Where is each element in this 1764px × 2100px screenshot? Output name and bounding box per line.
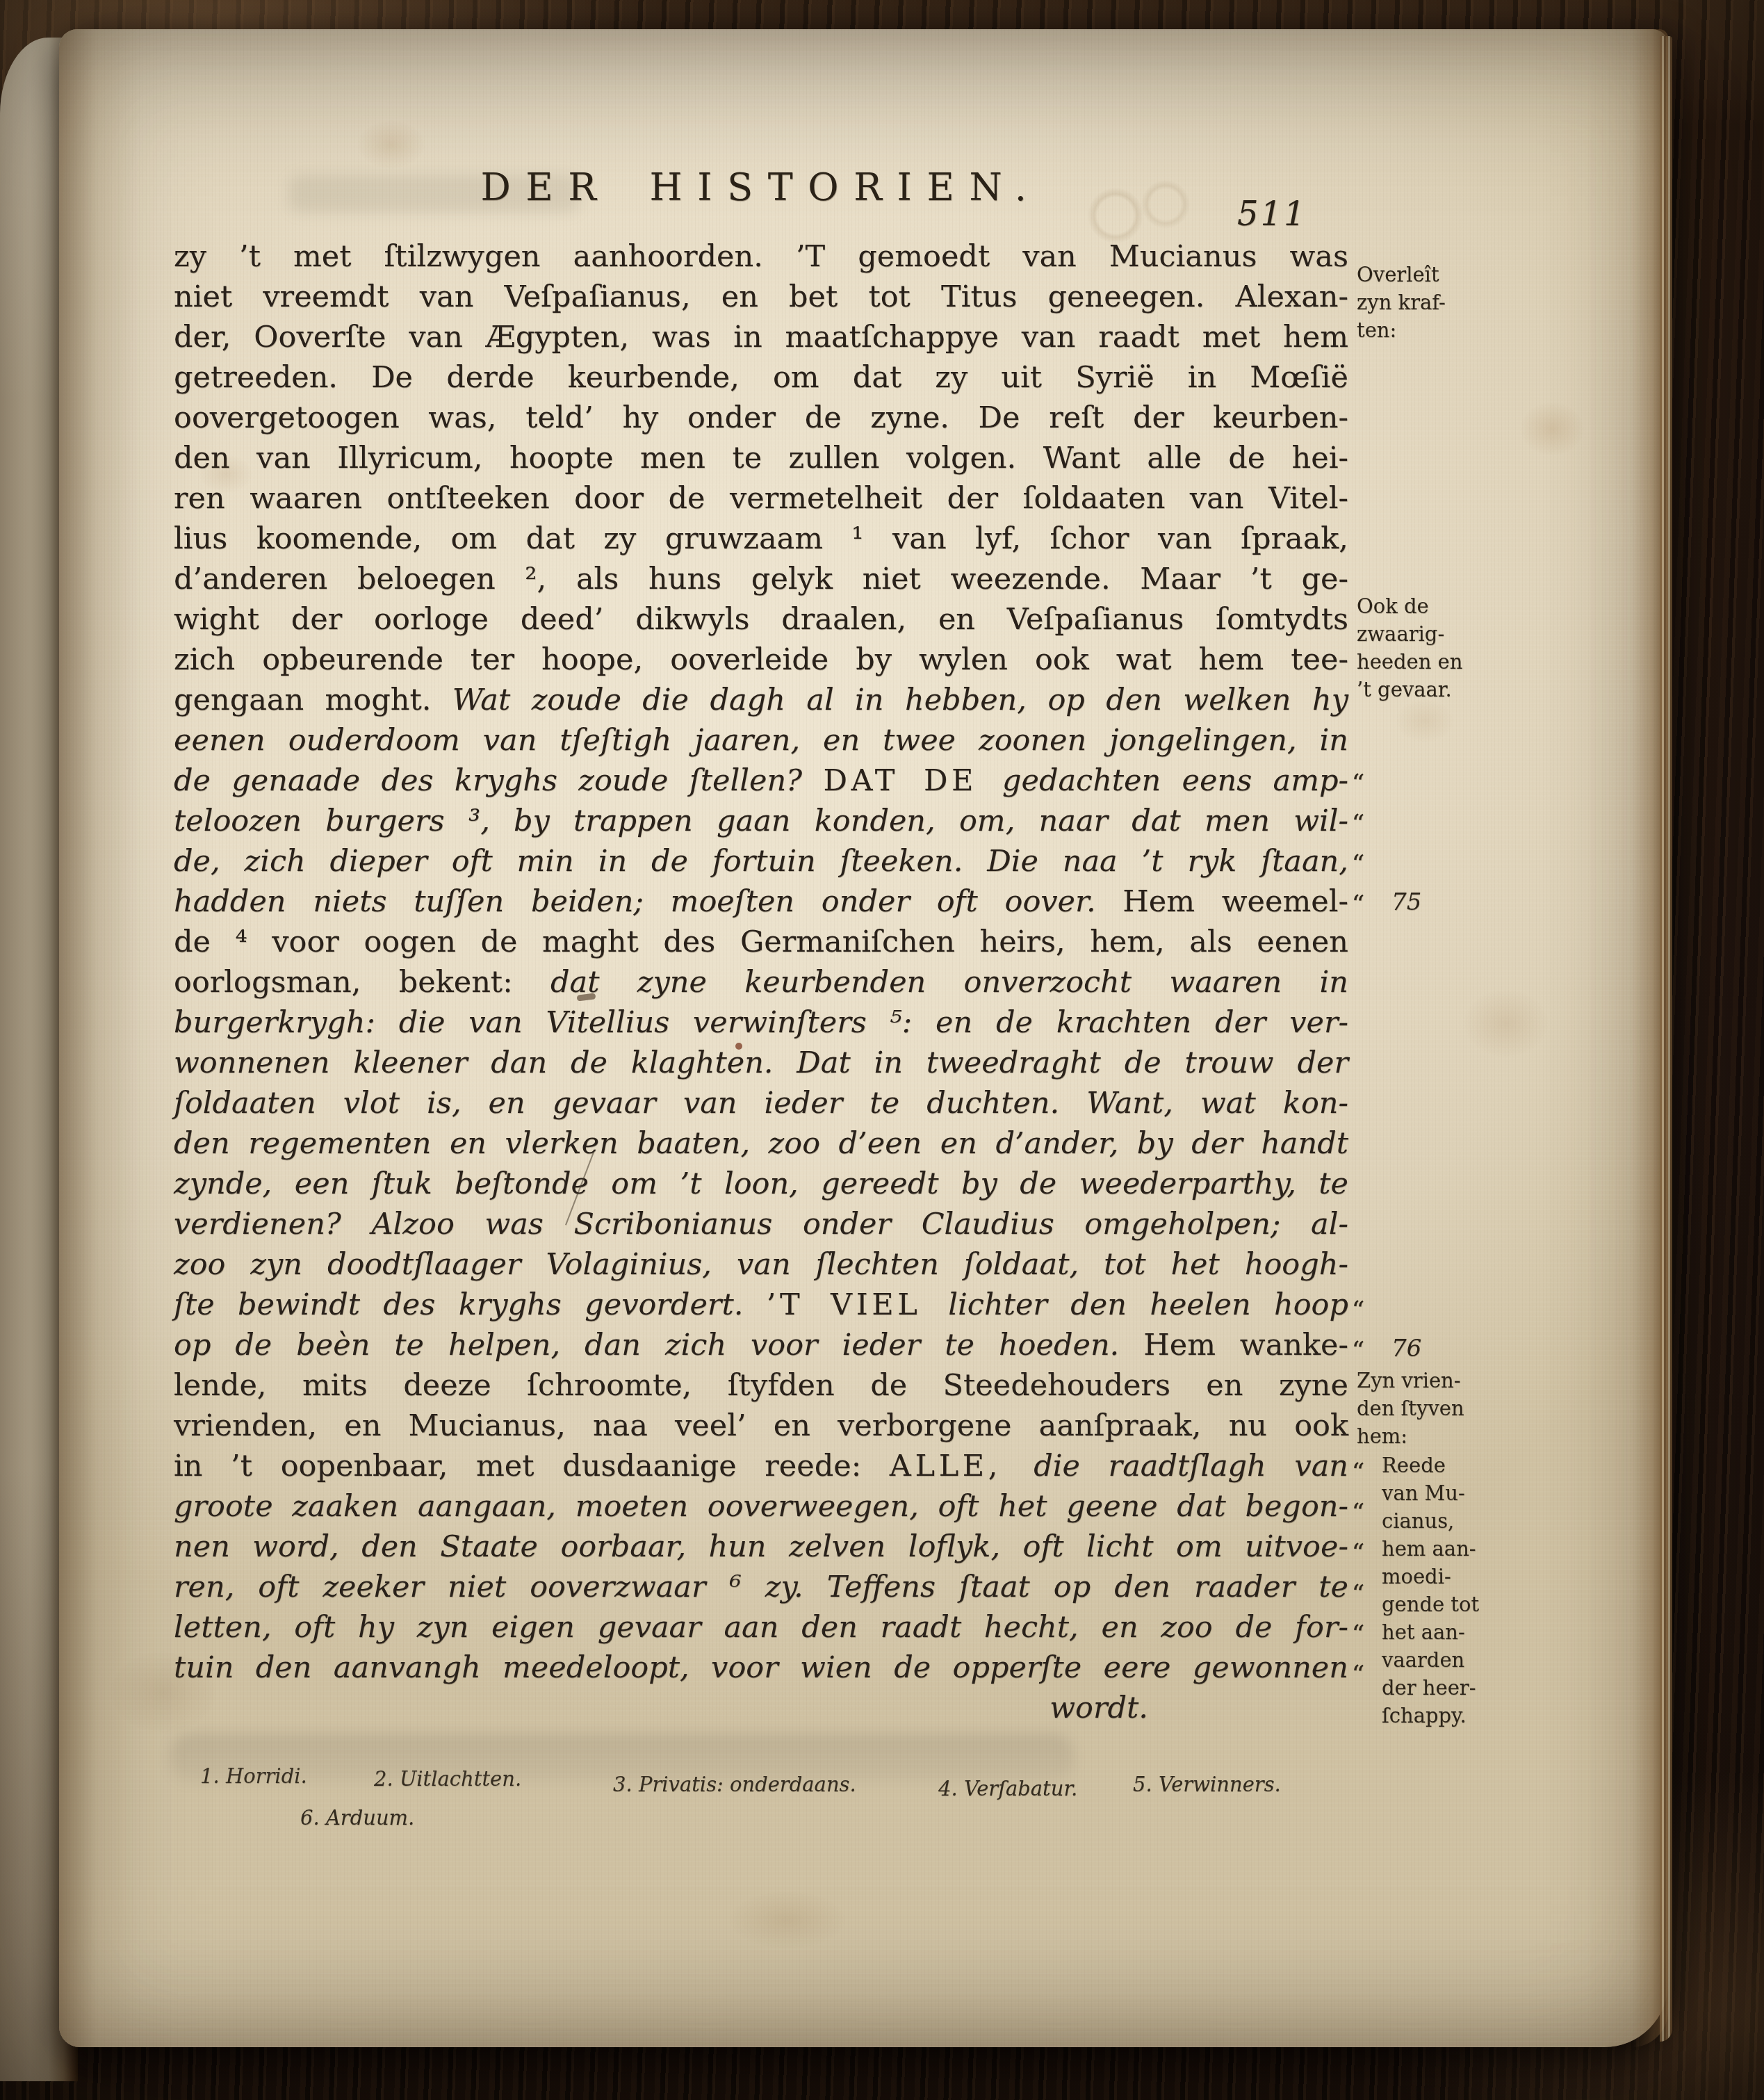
text-line: oovergetoogen was, teld’ hy onder de zyn…	[174, 398, 1348, 438]
italic-text: letten, oft hy zyn eigen gevaar aan den …	[174, 1610, 1348, 1645]
text-line: vrienden, en Mucianus, naa veel’ en verb…	[174, 1406, 1348, 1446]
page-gutter-shadow	[59, 29, 142, 2047]
text-line: zynde, een ſtuk beſtonde om ’t loon, ger…	[174, 1164, 1348, 1204]
italic-text: Wat zoude die dagh al in hebben, op den …	[452, 683, 1348, 717]
quote-continuation-mark: “	[1350, 811, 1365, 837]
roman-text: niet vreemdt van Veſpaſianus, en bet tot…	[174, 279, 1348, 314]
text-line: der, Ooverſte van Ægypten, was in maatſc…	[174, 317, 1348, 357]
roman-text: gengaan moght.	[174, 683, 452, 717]
quote-continuation-mark: “	[1350, 1298, 1365, 1324]
text-line: wordt.	[174, 1688, 1348, 1728]
text-line: den regementen en vlerken baaten, zoo d’…	[174, 1123, 1348, 1164]
margin-note-zwaarigheden: Ook de zwaarig- heeden en ’t gevaar.	[1357, 592, 1510, 703]
italic-text: nen word, den Staate oorbaar, hun zelven…	[174, 1529, 1348, 1564]
roman-text: Hem weemel-	[1122, 884, 1348, 919]
text-line: burgerkrygh: die van Vitellius verwinſte…	[174, 1002, 1348, 1043]
italic-text: eenen ouderdoom van tſeſtigh jaaren, en …	[174, 723, 1348, 758]
margin-note-overleit: Overleît zyn kraf- ten:	[1357, 261, 1510, 344]
roman-text: d’anderen beloegen ², als huns gelyk nie…	[174, 562, 1348, 596]
text-line: oorlogsman, bekent: dat zyne keurbenden …	[174, 962, 1348, 1002]
page-stack-edge-lines	[1660, 36, 1672, 2042]
italic-text: ſte bewindt des kryghs gevordert.	[174, 1287, 767, 1322]
text-line: groote zaaken aangaan, moeten ooverweege…	[174, 1486, 1348, 1527]
text-line: letten, oft hy zyn eigen gevaar aan den …	[174, 1607, 1348, 1647]
roman-text: den van Illyricum, hoopte men te zullen …	[174, 441, 1348, 475]
italic-text: wordt.	[1050, 1691, 1148, 1725]
text-line: zoo zyn doodtſlaager Volaginius, van ſle…	[174, 1244, 1348, 1285]
text-line: nen word, den Staate oorbaar, hun zelven…	[174, 1527, 1348, 1567]
roman-text: ren waaren ontſteeken door de vermetelhe…	[174, 481, 1348, 516]
italic-text: hadden niets tuſſen beiden; moeſten onde…	[174, 884, 1122, 919]
italic-text: verdienen? Alzoo was Scribonianus onder …	[174, 1207, 1348, 1242]
roman-text: getreeden. De derde keurbende, om dat zy…	[174, 360, 1348, 395]
text-line: den van Illyricum, hoopte men te zullen …	[174, 438, 1348, 478]
text-line: lius koomende, om dat zy gruwzaam ¹ van …	[174, 519, 1348, 559]
text-line: lende, mits deeze ſchroomte, ſtyfden de …	[174, 1365, 1348, 1406]
body-text: zy ’t met ſtilzwygen aanhoorden. ’T gemo…	[174, 236, 1348, 1728]
quote-continuation-mark: “	[1350, 1581, 1365, 1607]
text-line: ſte bewindt des kryghs gevordert. ’T VIE…	[174, 1285, 1348, 1325]
text-line: ren waaren ontſteeken door de vermetelhe…	[174, 478, 1348, 519]
page-number: 511	[1237, 195, 1307, 234]
italic-text: de genaade des kryghs zoude ſtellen?	[174, 763, 823, 798]
roman-text: vrienden, en Mucianus, naa veel’ en verb…	[174, 1408, 1348, 1443]
roman-text: lius koomende, om dat zy gruwzaam ¹ van …	[174, 521, 1348, 556]
roman-text: lende, mits deeze ſchroomte, ſtyfden de …	[174, 1368, 1348, 1403]
roman-text: oorlogsman, bekent:	[174, 965, 550, 1000]
italic-text: wonnenen kleener dan de klaghten. Dat in…	[174, 1045, 1348, 1080]
roman-text: zich opbeurende ter hoope, ooverleide by…	[174, 642, 1348, 677]
roman-text: in ’t oopenbaar, met dusdaanige reede:	[174, 1449, 890, 1483]
italic-text: die raadtſlagh van	[1034, 1449, 1348, 1483]
spaced-caps-text: DAT DE	[823, 763, 1002, 798]
text-line: de ⁴ voor oogen de maght des Germaniſche…	[174, 922, 1348, 962]
text-line: verdienen? Alzoo was Scribonianus onder …	[174, 1204, 1348, 1244]
quote-continuation-mark: “	[1350, 1500, 1365, 1526]
text-line: wonnenen kleener dan de klaghten. Dat in…	[174, 1043, 1348, 1083]
margin-note-reede: Reede van Mu- cianus, hem aan- moedi- ge…	[1382, 1451, 1535, 1729]
italic-text: burgerkrygh: die van Vitellius verwinſte…	[174, 1005, 1348, 1040]
spaced-caps-text: ALLE,	[890, 1449, 1034, 1483]
text-line: op de beèn te helpen, dan zich voor iede…	[174, 1325, 1348, 1365]
quote-continuation-mark: “	[1350, 771, 1365, 797]
section-number-76: 76	[1391, 1335, 1421, 1362]
quote-continuation-mark: “	[1350, 1460, 1365, 1486]
text-line: in ’t oopenbaar, met dusdaanige reede: A…	[174, 1446, 1348, 1486]
italic-text: teloozen burgers ³, by trappen gaan kond…	[174, 804, 1348, 838]
text-line: ſoldaaten vlot is, en gevaar van ieder t…	[174, 1083, 1348, 1123]
text-line: ren, oft zeeker niet ooverzwaar ⁶ zy. Te…	[174, 1567, 1348, 1607]
italic-text: zynde, een ſtuk beſtonde om ’t loon, ger…	[174, 1166, 1348, 1201]
italic-text: de, zich dieper oft min in de fortuin ſt…	[174, 844, 1348, 879]
text-line: de genaade des kryghs zoude ſtellen? DAT…	[174, 760, 1348, 801]
book-page: DER HISTORIEN. 511 zy ’t met ſtilzwygen …	[59, 29, 1668, 2047]
text-line: teloozen burgers ³, by trappen gaan kond…	[174, 801, 1348, 841]
text-line: niet vreemdt van Veſpaſianus, en bet tot…	[174, 277, 1348, 317]
roman-text: wight der oorloge deed’ dikwyls draalen,…	[174, 602, 1348, 637]
italic-text: dat zyne keurbenden onverzocht waaren in	[550, 965, 1348, 1000]
italic-text: den regementen en vlerken baaten, zoo d’…	[174, 1126, 1348, 1161]
quote-continuation-mark: “	[1350, 852, 1365, 877]
ink-spot	[735, 1043, 742, 1050]
italic-text: ſoldaaten vlot is, en gevaar van ieder t…	[174, 1086, 1348, 1121]
text-line: d’anderen beloegen ², als huns gelyk nie…	[174, 559, 1348, 599]
footnote-6: 6. Arduum.	[300, 1806, 414, 1830]
italic-text: gedachten eens amp-	[1002, 763, 1348, 798]
quote-continuation-mark: “	[1350, 1540, 1365, 1566]
roman-text: Hem wanke-	[1143, 1328, 1348, 1362]
italic-text: zoo zyn doodtſlaager Volaginius, van ſle…	[174, 1247, 1348, 1282]
text-line: getreeden. De derde keurbende, om dat zy…	[174, 357, 1348, 398]
quote-continuation-mark: “	[1350, 1338, 1365, 1364]
running-head: DER HISTORIEN.	[174, 165, 1348, 209]
text-line: zy ’t met ſtilzwygen aanhoorden. ’T gemo…	[174, 236, 1348, 277]
text-line: zich opbeurende ter hoope, ooverleide by…	[174, 640, 1348, 680]
roman-text: zy ’t met ſtilzwygen aanhoorden. ’T gemo…	[174, 239, 1348, 274]
text-line: tuin den aanvangh meedeloopt, voor wien …	[174, 1647, 1348, 1688]
quote-continuation-mark: “	[1350, 1662, 1365, 1688]
quote-continuation-mark: “	[1350, 1622, 1365, 1647]
margin-note-vrienden: Zyn vrien- den ſtyven hem:	[1357, 1367, 1510, 1450]
roman-text: der, Ooverſte van Ægypten, was in maatſc…	[174, 320, 1348, 355]
italic-text: lichter den heelen hoop	[948, 1287, 1348, 1322]
italic-text: groote zaaken aangaan, moeten ooverweege…	[174, 1489, 1348, 1524]
section-number-75: 75	[1391, 888, 1421, 916]
footnote-5: 5. Verwinners.	[1133, 1773, 1281, 1796]
verso-showthrough-band	[170, 1734, 1074, 1782]
text-line: wight der oorloge deed’ dikwyls draalen,…	[174, 599, 1348, 640]
text-line: de, zich dieper oft min in de fortuin ſt…	[174, 841, 1348, 881]
text-line: gengaan moght. Wat zoude die dagh al in …	[174, 680, 1348, 720]
italic-text: tuin den aanvangh meedeloopt, voor wien …	[174, 1650, 1348, 1685]
spaced-caps-text: ’T VIEL	[767, 1287, 949, 1322]
book-photo: DER HISTORIEN. 511 zy ’t met ſtilzwygen …	[0, 0, 1764, 2100]
text-line: eenen ouderdoom van tſeſtigh jaaren, en …	[174, 720, 1348, 760]
roman-text: oovergetoogen was, teld’ hy onder de zyn…	[174, 400, 1348, 435]
roman-text: de ⁴ voor oogen de maght des Germaniſche…	[174, 925, 1348, 959]
quote-continuation-mark: “	[1350, 892, 1365, 918]
italic-text: op de beèn te helpen, dan zich voor iede…	[174, 1328, 1143, 1362]
italic-text: ren, oft zeeker niet ooverzwaar ⁶ zy. Te…	[174, 1570, 1348, 1604]
text-line: hadden niets tuſſen beiden; moeſten onde…	[174, 881, 1348, 922]
